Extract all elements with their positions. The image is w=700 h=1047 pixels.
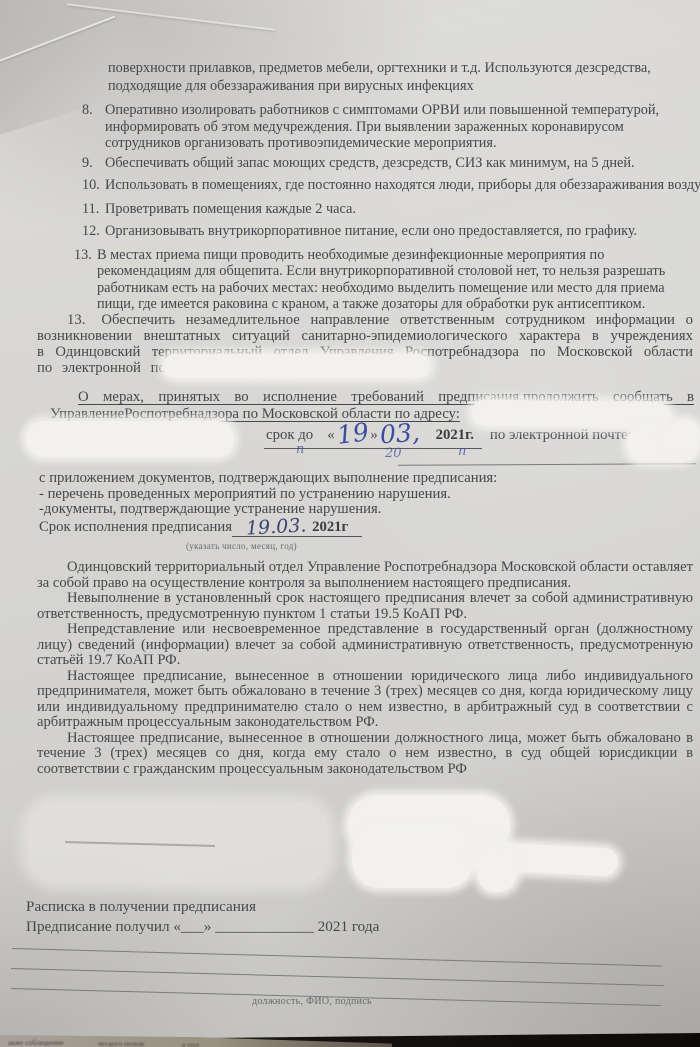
quote-close: » <box>370 427 377 443</box>
redaction-smudge <box>352 828 474 888</box>
item-text: Проветривать помещения каждые 2 часа. <box>105 201 356 217</box>
redaction-smudge <box>478 852 516 892</box>
item-text: Организовывать внутрикорпоративное питан… <box>105 223 637 239</box>
list-item-12: 12. Организовывать внутрикорпоративное п… <box>82 223 690 240</box>
document-photo: поверхности прилавков, предметов мебели,… <box>0 0 700 1047</box>
numbered-list: 8. Оперативно изолировать работников с с… <box>82 102 690 313</box>
redaction-smudge <box>472 399 670 428</box>
list-item-11: 11. Проветривать помещения каждые 2 часа… <box>82 201 690 218</box>
execution-deadline-line: Срок исполнения предписания19.03.2021г <box>39 519 362 537</box>
item-number: 10. <box>82 177 100 194</box>
redaction-smudge <box>26 421 234 457</box>
paragraph-number: 13. <box>67 312 85 328</box>
receipt-title: Расписка в получении предписания <box>26 898 256 916</box>
email-label: по электронной почте: <box>490 427 632 443</box>
item-number: 12. <box>82 223 100 240</box>
execution-deadline-label: Срок исполнения предписания <box>39 519 232 535</box>
top-paragraph-fragment: поверхности прилавков, предметов мебели,… <box>108 60 664 95</box>
attachment-item: - перечень проведенных мероприятий по ус… <box>39 487 497 503</box>
redaction-smudge <box>163 354 430 378</box>
item-text: В местах приема пищи проводить необходим… <box>97 247 665 313</box>
under-paper-text: ческого полож <box>98 1039 144 1047</box>
handwriting-fragment: 20 <box>385 446 402 461</box>
signature-hint: должность, ФИО, подпись <box>252 996 372 1007</box>
handwritten-execution-date: 19.03. <box>246 521 307 532</box>
legal-paragraph: Настоящее предписание, вынесенное в отно… <box>37 731 693 778</box>
document-content: поверхности прилавков, предметов мебели,… <box>0 0 700 1047</box>
legal-paragraph: Настоящее предписание, вынесенное в отно… <box>37 669 693 731</box>
under-paper-text: о пол <box>182 1040 199 1047</box>
blank-underline <box>398 463 696 466</box>
legal-paragraphs: Одинцовский территориальный отдел Управл… <box>37 560 693 777</box>
execution-date-underline: 19.03.2021г <box>232 519 362 537</box>
redaction-smudge <box>666 420 700 448</box>
list-item-9: 9. Обеспечивать общий запас моющих средс… <box>82 155 690 172</box>
item-number: 11. <box>82 201 99 218</box>
handwritten-month: 03, <box>380 428 420 441</box>
list-item-10: 10. Использовать в помещениях, где посто… <box>82 177 690 194</box>
legal-paragraph: Непредставление или несвоевременное пред… <box>37 622 693 669</box>
attachments-block: с приложением документов, подтверждающих… <box>39 471 497 518</box>
deadline-line: срок до«19»03,2021г.по электронной почте… <box>264 426 632 449</box>
item-text: Оперативно изолировать работников с симп… <box>105 102 659 151</box>
handwriting-fragment: п <box>296 442 304 457</box>
list-item-8: 8. Оперативно изолировать работников с с… <box>82 102 683 152</box>
item-number: 8. <box>82 102 93 119</box>
deadline-year: 2021г. <box>436 427 474 443</box>
attachments-intro: с приложением документов, подтверждающих… <box>39 471 497 487</box>
execution-year: 2021г <box>312 519 348 535</box>
quote-open: « <box>327 427 334 443</box>
handwritten-day: 19 <box>336 427 369 441</box>
item-number: 9. <box>82 155 93 172</box>
item-text: Использовать в помещениях, где постоянно… <box>105 177 700 193</box>
date-format-hint: (указать число, месяц, год) <box>186 541 297 551</box>
item-number: 13. <box>74 247 92 264</box>
signature-line <box>12 948 662 967</box>
list-item-13: 13. В местах приема пищи проводить необх… <box>74 247 699 313</box>
item-text: Обеспечивать общий запас моющих средств,… <box>105 155 635 171</box>
legal-paragraph: Одинцовский территориальный отдел Управл… <box>37 560 693 591</box>
receipt-received-line: Предписание получил «___» _____________ … <box>26 918 379 936</box>
handwriting-fragment: п <box>458 444 466 459</box>
under-paper-text: акже соблюдение <box>8 1038 63 1047</box>
signature-line <box>11 968 664 986</box>
deadline-prefix: срок до <box>266 427 313 443</box>
legal-paragraph: Невыполнение в установленный срок настоя… <box>37 591 693 622</box>
